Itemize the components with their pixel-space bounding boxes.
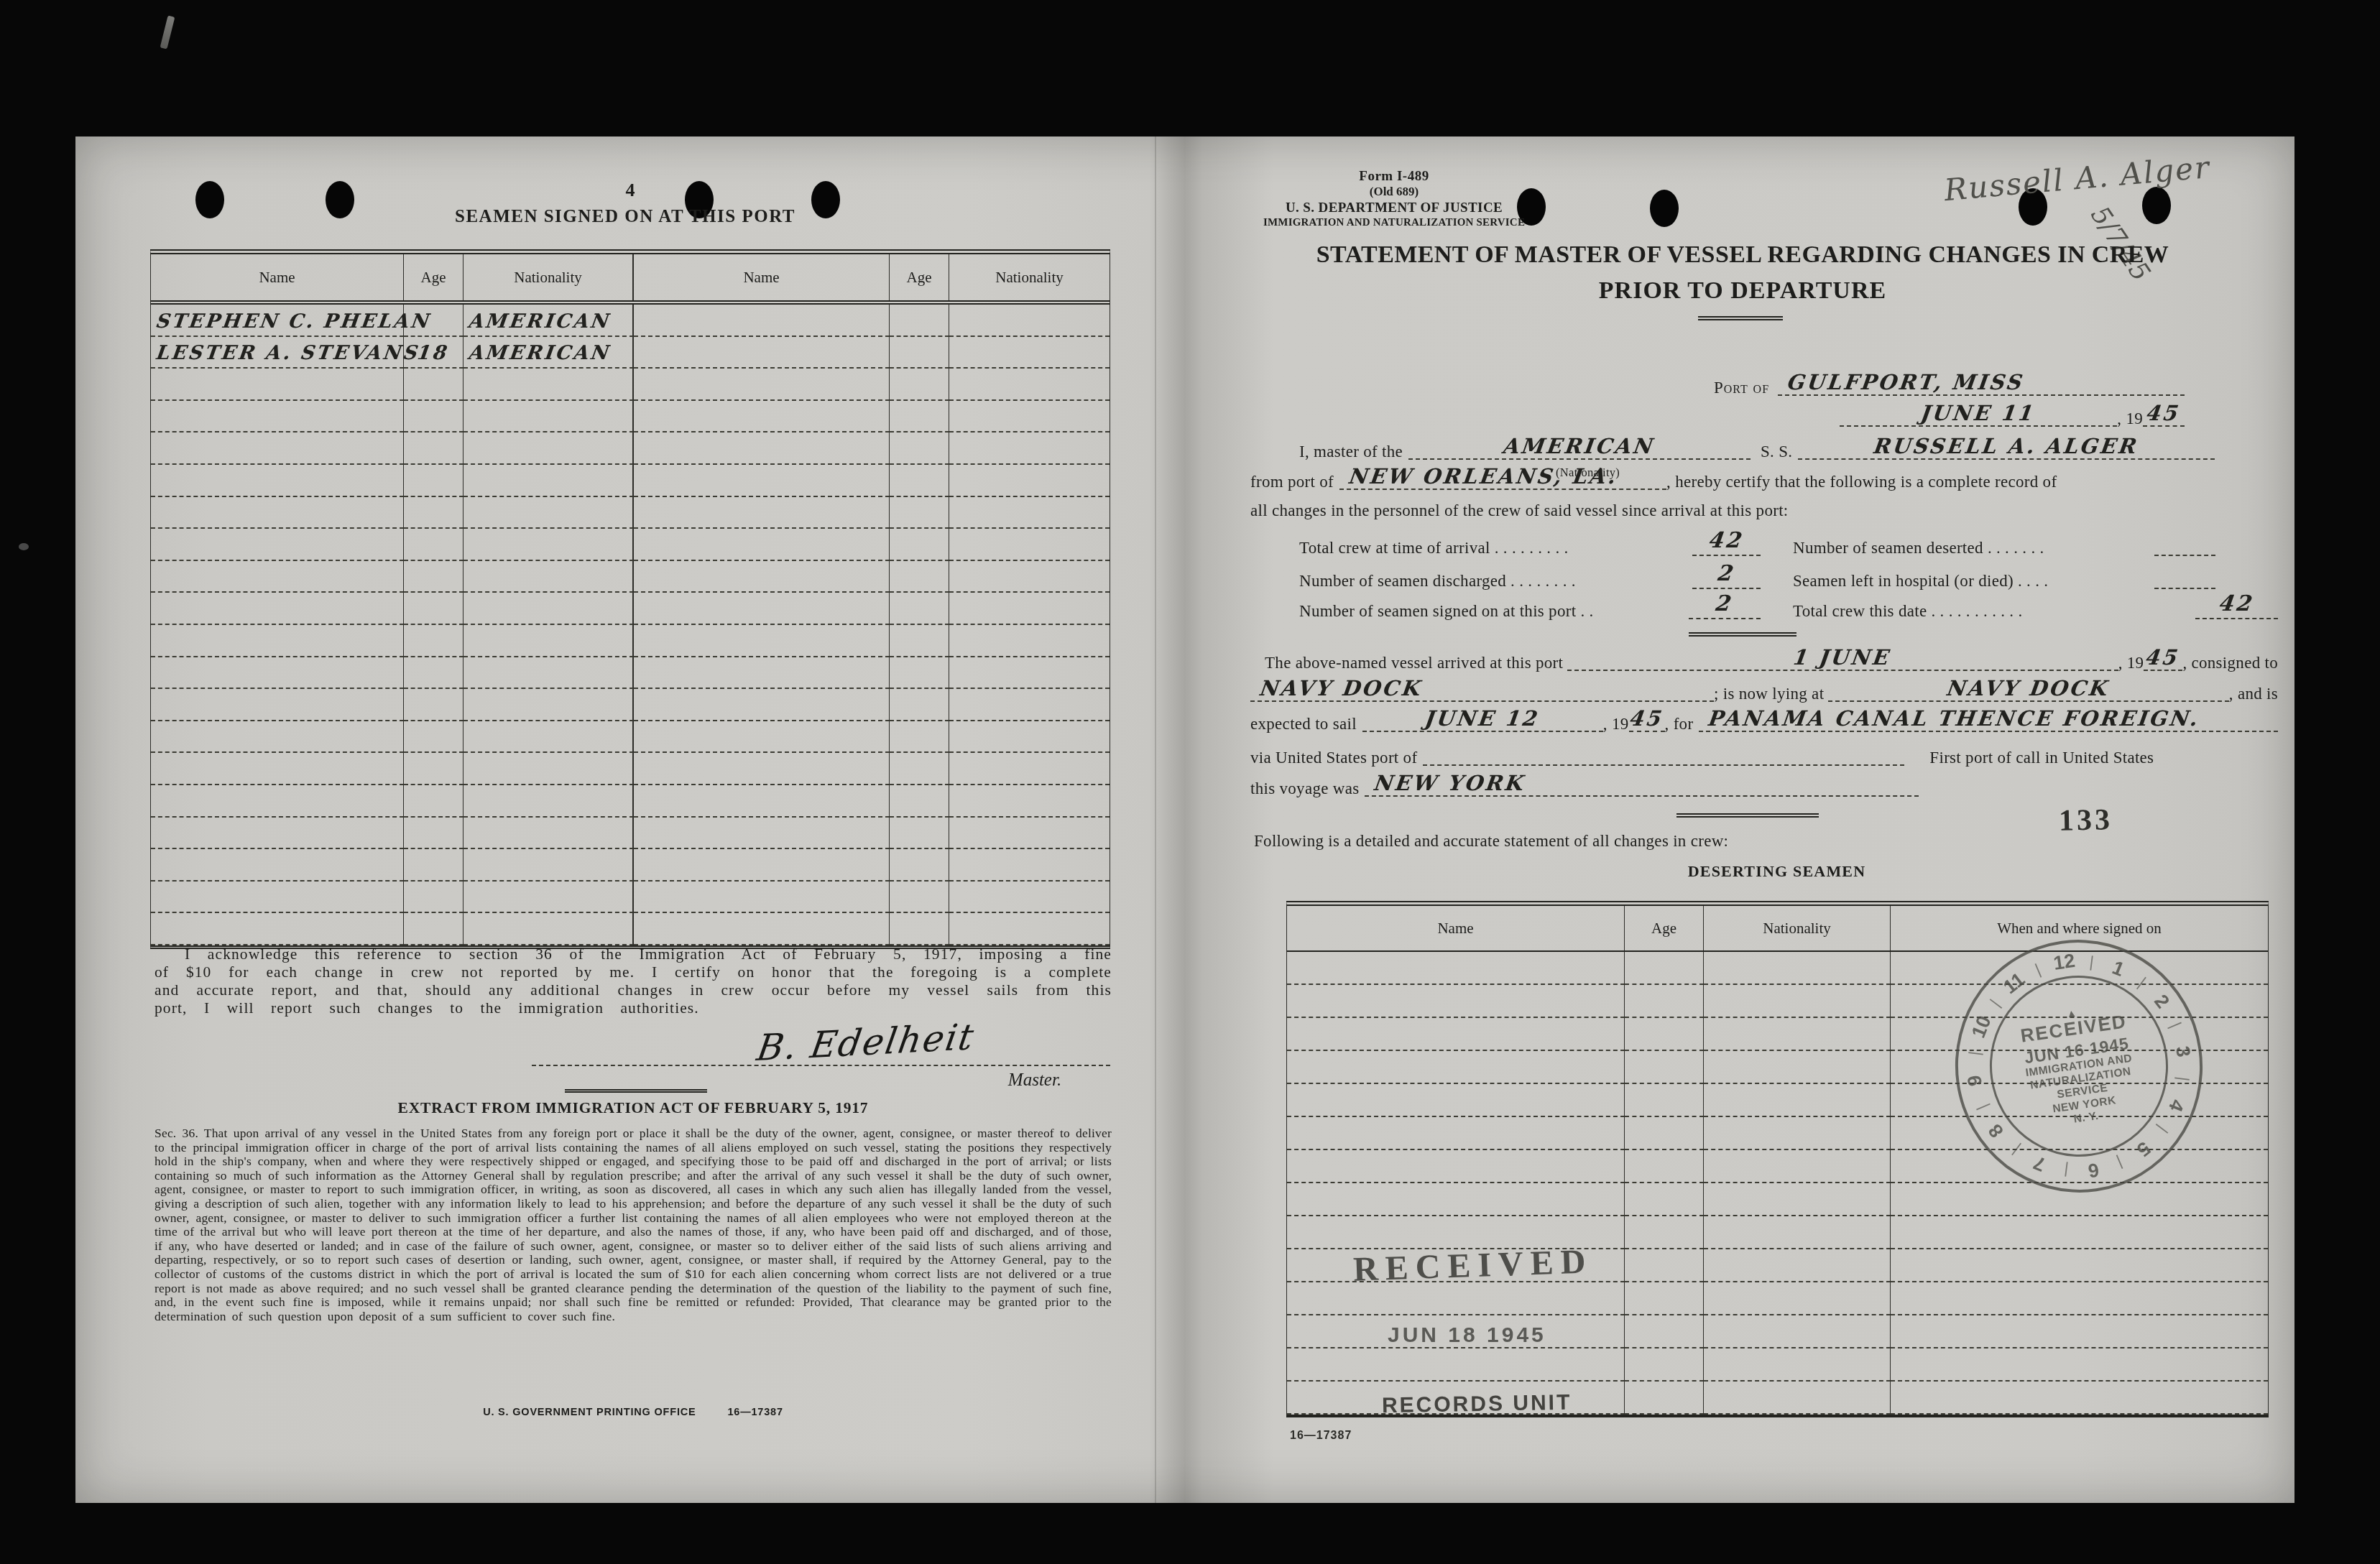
seamen-table-cell	[463, 913, 634, 945]
column-header-name: Name	[634, 254, 890, 300]
arrived-line: The above-named vessel arrived at this p…	[1265, 654, 2278, 671]
deserting-table-cell	[1625, 1051, 1704, 1084]
seamen-table-cell	[151, 849, 404, 882]
from-port-handwritten: NEW ORLEANS, LA.	[1348, 466, 1620, 487]
port-blank: GULFPORT, MISS	[1778, 390, 2185, 396]
seamen-table-cell	[890, 818, 949, 850]
date-blank: JUNE 11	[1840, 421, 2117, 427]
seamen-table-cell	[404, 593, 463, 625]
stat-signed-on-blank: 2	[1689, 614, 1761, 619]
lying-label: ; is now lying at	[1714, 685, 1824, 702]
seamen-table-cell	[404, 432, 463, 465]
deserting-table-cell	[1891, 1216, 2268, 1249]
deserting-table-cell	[1704, 952, 1891, 985]
records-unit-stamp: RECORDS UNIT	[1382, 1391, 1572, 1419]
seamen-table-cell	[151, 369, 404, 401]
stat-signed-on-label: Number of seamen signed on at this port …	[1299, 603, 1594, 619]
column-header-age: Age	[1625, 906, 1704, 950]
seamen-table-cell	[949, 657, 1110, 690]
seamen-table-cell	[634, 913, 890, 945]
deserting-table-cell	[1704, 1183, 1891, 1216]
seamen-table-cell	[634, 657, 890, 690]
seamen-table-cell	[463, 689, 634, 721]
seamen-table-cell	[890, 882, 949, 914]
seamen-table-cell	[890, 561, 949, 593]
seamen-table-cell	[949, 561, 1110, 593]
seamen-table-cell	[404, 689, 463, 721]
form-identification-block: Form I-489 (Old 689) U. S. DEPARTMENT OF…	[1254, 170, 1534, 228]
certify-text: , hereby certify that the following is a…	[1666, 473, 2057, 490]
deserting-table-cell	[1891, 1282, 2268, 1315]
seamen-table-row	[151, 369, 1110, 401]
arrived-year-prefix: , 19	[2118, 654, 2144, 671]
stat-discharged-value: 2	[1716, 561, 1737, 586]
seamen-table-cell	[949, 593, 1110, 625]
seamen-table-cell	[463, 849, 634, 882]
nationality-blank: AMERICAN	[1408, 454, 1751, 460]
nationality-handwritten: AMERICAN	[1503, 436, 1657, 457]
column-header-name: Name	[1287, 906, 1625, 950]
seamen-table-cell	[890, 689, 949, 721]
seamen-table-row	[151, 913, 1110, 945]
handwritten-entry: STEPHEN C. PHELAN	[155, 310, 433, 333]
seamen-table-cell	[463, 657, 634, 690]
deserting-table-cell	[1704, 1018, 1891, 1051]
via-label: via United States port of	[1250, 749, 1417, 766]
seamen-table-cell	[463, 721, 634, 754]
seamen-table-cell	[890, 497, 949, 529]
seamen-table-cell	[890, 753, 949, 785]
seamen-table-cell	[949, 432, 1110, 465]
seamen-table-cell	[404, 657, 463, 690]
seamen-table-row	[151, 882, 1110, 914]
seamen-table-cell	[404, 753, 463, 785]
deserting-table-cell	[1625, 1150, 1704, 1183]
deserting-table-cell	[1287, 1183, 1625, 1216]
seamen-table-cell	[463, 561, 634, 593]
stat-total-label: Total crew this date . . . . . . . . . .…	[1793, 603, 2023, 619]
seamen-table-cell	[634, 849, 890, 882]
date-line: JUNE 11 , 19 45	[1840, 410, 2185, 427]
sail-year-blank: 45	[1629, 726, 1665, 732]
seamen-table-cell	[151, 432, 404, 465]
column-header-age: Age	[404, 254, 463, 300]
service-name: IMMIGRATION AND NATURALIZATION SERVICE	[1254, 218, 1534, 228]
stat-total-blank: 42	[2195, 614, 2278, 619]
seamen-table-cell	[890, 657, 949, 690]
stat-deserted-blank	[2154, 550, 2215, 556]
seamen-table-cell	[634, 401, 890, 433]
column-header-nationality: Nationality	[463, 254, 634, 300]
seamen-table-cell	[949, 849, 1110, 882]
seamen-table-row	[151, 593, 1110, 625]
deserting-table-cell	[1287, 1348, 1625, 1382]
seamen-table-cell	[404, 561, 463, 593]
seamen-table-cell	[949, 753, 1110, 785]
deserting-table-cell	[1704, 1249, 1891, 1282]
seamen-table-cell	[949, 465, 1110, 497]
destination-blank: PANAMA CANAL THENCE FOREIGN.	[1699, 726, 2278, 732]
punch-hole	[2142, 187, 2171, 224]
seamen-table-cell	[151, 529, 404, 561]
deserting-table-cell	[1287, 1051, 1625, 1084]
deserting-table-cell	[1704, 985, 1891, 1018]
seamen-table-cell	[890, 849, 949, 882]
and-is-label: , and is	[2229, 685, 2278, 702]
deserting-table-cell	[1625, 1282, 1704, 1315]
seamen-table-cell	[949, 913, 1110, 945]
seamen-table-cell	[404, 465, 463, 497]
seamen-table-cell	[463, 882, 634, 914]
seamen-table-cell	[634, 529, 890, 561]
print-code: 16—17387	[727, 1407, 783, 1418]
seamen-table-cell	[634, 689, 890, 721]
seamen-table-cell	[404, 785, 463, 818]
deserting-table-cell	[1625, 1249, 1704, 1282]
seamen-table-row	[151, 497, 1110, 529]
voyage-line: this voyage was NEW YORK	[1250, 780, 1919, 797]
seamen-table-cell	[463, 818, 634, 850]
deserting-table-cell	[1704, 1150, 1891, 1183]
seamen-table-cell	[463, 497, 634, 529]
received-date-stamp: JUN 18 1945	[1388, 1323, 1546, 1348]
seamen-table-cell	[404, 882, 463, 914]
seamen-table-cell	[949, 305, 1110, 337]
page-fold-crease	[1155, 136, 1156, 1503]
from-port-line: from port of NEW ORLEANS, LA. , hereby c…	[1250, 473, 2278, 490]
seamen-table-cell	[404, 818, 463, 850]
seamen-table-cell	[151, 913, 404, 945]
deserting-table-cell	[1704, 1084, 1891, 1117]
seamen-table-cell	[404, 497, 463, 529]
deserting-table-cell	[1891, 1249, 2268, 1282]
seamen-table-cell	[949, 401, 1110, 433]
consignee-blank: NAVY DOCK	[1250, 696, 1714, 702]
master-signature: B. Edelheit	[691, 1012, 1042, 1073]
seamen-table-cell	[404, 625, 463, 657]
arrived-year-handwritten: 45	[2145, 647, 2182, 668]
seamen-table-cell	[890, 529, 949, 561]
via-port-blank	[1423, 760, 1904, 766]
sail-date-handwritten: JUNE 12	[1424, 708, 1542, 729]
stat-deserted-label: Number of seamen deserted . . . . . . .	[1793, 540, 2044, 556]
seamen-table-cell: LESTER A. STEVANS	[151, 337, 404, 369]
title-underline	[1698, 316, 1783, 320]
seamen-table-cell	[404, 401, 463, 433]
seamen-table-cell	[890, 369, 949, 401]
seamen-table-cell	[463, 465, 634, 497]
seamen-table-cell	[949, 785, 1110, 818]
year-blank: 45	[2143, 421, 2185, 427]
arrived-date-handwritten: 1 JUNE	[1792, 647, 1893, 668]
seamen-table-row	[151, 849, 1110, 882]
seamen-table-cell	[151, 561, 404, 593]
seamen-signed-table: Name Age Nationality Name Age Nationalit…	[150, 249, 1110, 949]
department-name: U. S. DEPARTMENT OF JUSTICE	[1254, 201, 1534, 215]
seamen-table-cell	[151, 465, 404, 497]
following-statement: Following is a detailed and accurate sta…	[1254, 832, 1728, 851]
deserting-table-cell	[1625, 952, 1704, 985]
seamen-table-cell	[404, 721, 463, 754]
seamen-table-cell	[634, 561, 890, 593]
year-value-handwritten: 45	[2146, 403, 2182, 424]
seamen-table-cell	[151, 721, 404, 754]
sail-date-blank: JUNE 12	[1362, 726, 1603, 732]
seamen-table-cell	[634, 753, 890, 785]
changes-line: all changes in the personnel of the crew…	[1250, 502, 1789, 519]
consignee-handwritten: NAVY DOCK	[1259, 678, 1424, 699]
seamen-table-cell	[404, 913, 463, 945]
deserting-table-row	[1287, 1216, 2268, 1249]
pencil-annotation-name: Russell A. Alger	[1943, 149, 2212, 208]
seamen-table-cell	[634, 369, 890, 401]
seamen-table-cell: STEPHEN C. PHELAN	[151, 305, 404, 337]
changes-text: all changes in the personnel of the crew…	[1250, 502, 1789, 519]
seamen-table-cell	[890, 721, 949, 754]
ss-label: S. S.	[1761, 443, 1792, 460]
seamen-table-cell	[151, 497, 404, 529]
seamen-table-cell	[151, 657, 404, 690]
punch-hole	[195, 181, 224, 218]
via-line: via United States port of First port of …	[1250, 749, 2278, 766]
seamen-table-row	[151, 432, 1110, 465]
seamen-table-cell	[634, 818, 890, 850]
master-label: Master.	[959, 1070, 1110, 1091]
deserting-table-cell	[1625, 1117, 1704, 1150]
page-number: 4	[609, 180, 652, 201]
year-prefix: , 19	[2117, 410, 2143, 427]
document-spread: 4 SEAMEN SIGNED ON AT THIS PORT Name Age…	[75, 136, 2294, 1503]
seamen-table-row	[151, 689, 1110, 721]
seamen-table-cell	[634, 497, 890, 529]
arrived-date-blank: 1 JUNE	[1567, 665, 2118, 671]
column-header-age: Age	[890, 254, 949, 300]
punch-hole	[1650, 190, 1679, 227]
seamen-table-row	[151, 529, 1110, 561]
seamen-table-row: LESTER A. STEVANS18AMERICAN	[151, 337, 1110, 369]
seamen-table-row	[151, 785, 1110, 818]
seamen-table-cell	[890, 785, 949, 818]
deserting-table-cell	[1287, 985, 1625, 1018]
port-value-handwritten: GULFPORT, MISS	[1786, 372, 2026, 393]
seamen-table-cell	[634, 785, 890, 818]
deserting-table-cell	[1704, 1216, 1891, 1249]
deserting-table-cell	[1891, 1315, 2268, 1348]
seamen-table-cell	[634, 305, 890, 337]
seamen-table-cell	[634, 625, 890, 657]
seamen-table-row	[151, 625, 1110, 657]
seamen-table-cell	[463, 369, 634, 401]
seamen-table-row	[151, 753, 1110, 785]
divider-rule	[565, 1089, 707, 1093]
seamen-table-row	[151, 657, 1110, 690]
deserting-table-cell	[1287, 1084, 1625, 1117]
master-intro-label: I, master of the	[1299, 443, 1403, 460]
seamen-table-cell	[404, 305, 463, 337]
seamen-table-cell	[949, 689, 1110, 721]
deserting-table-cell	[1891, 1382, 2268, 1415]
consignee-line: NAVY DOCK ; is now lying at NAVY DOCK , …	[1250, 685, 2278, 702]
seamen-table-cell	[634, 465, 890, 497]
stat-hospital-label: Seamen left in hospital (or died) . . . …	[1793, 573, 2048, 589]
seamen-table-cell	[151, 882, 404, 914]
handwritten-entry: LESTER A. STEVANS	[155, 342, 422, 364]
stat-arrival-blank: 42	[1692, 550, 1761, 556]
punch-hole	[326, 181, 354, 218]
seamen-table-cell	[463, 753, 634, 785]
seamen-table-cell	[949, 818, 1110, 850]
seamen-table-cell	[890, 401, 949, 433]
seamen-table-cell	[404, 369, 463, 401]
seamen-table-cell: 18	[404, 337, 463, 369]
handwritten-entry: 18	[416, 342, 451, 364]
consigned-label: , consigned to	[2182, 654, 2278, 671]
seamen-table-row	[151, 561, 1110, 593]
deserting-table-cell	[1625, 1183, 1704, 1216]
seamen-table-cell	[890, 913, 949, 945]
seamen-table-cell	[949, 721, 1110, 754]
form-print-code: 16—17387	[1290, 1430, 1352, 1443]
voyage-label: this voyage was	[1250, 780, 1359, 797]
arrived-intro: The above-named vessel arrived at this p…	[1265, 654, 1563, 671]
seamen-table-cell	[949, 529, 1110, 561]
column-header-name: Name	[151, 254, 404, 300]
seamen-table-cell	[151, 818, 404, 850]
deserting-table-cell	[1287, 1282, 1625, 1315]
vessel-name-blank: RUSSELL A. ALGER	[1798, 454, 2215, 460]
seamen-table-cell: AMERICAN	[463, 337, 634, 369]
deserting-table-cell	[1891, 1348, 2268, 1382]
deserting-table-cell	[1287, 1018, 1625, 1051]
stat-hospital-blank	[2154, 583, 2215, 589]
lying-at-blank: NAVY DOCK	[1828, 696, 2228, 702]
ins-round-stamp: ▲ RECEIVED JUN 16 1945 IMMIGRATION AND N…	[1939, 924, 2219, 1208]
seamen-table-cell	[634, 337, 890, 369]
seamen-table-cell	[463, 625, 634, 657]
arrived-year-blank: 45	[2144, 665, 2182, 671]
seamen-table-row	[151, 401, 1110, 433]
vessel-name-handwritten: RUSSELL A. ALGER	[1873, 436, 2141, 457]
deserting-table-cell	[1704, 1117, 1891, 1150]
received-stamp: RECEIVED	[1352, 1241, 1593, 1290]
seamen-table-cell	[890, 305, 949, 337]
extract-heading: EXTRACT FROM IMMIGRATION ACT OF FEBRUARY…	[154, 1099, 1112, 1117]
deserting-table-row	[1287, 1348, 2268, 1382]
deserting-table-cell	[1625, 1216, 1704, 1249]
seamen-table-row	[151, 465, 1110, 497]
acknowledgment-paragraph: I acknowledge this reference to section …	[154, 945, 1112, 1017]
form-title-line2: PRIOR TO DEPARTURE	[1196, 277, 2289, 305]
sail-label: expected to sail	[1250, 716, 1357, 732]
seamen-signed-heading: SEAMEN SIGNED ON AT THIS PORT	[363, 207, 887, 227]
seamen-table-cell	[949, 882, 1110, 914]
seamen-table-cell	[151, 625, 404, 657]
seamen-table-cell	[634, 721, 890, 754]
column-header-nationality: Nationality	[1704, 906, 1891, 950]
printing-office-label: U. S. GOVERNMENT PRINTING OFFICE	[483, 1407, 696, 1418]
from-port-label: from port of	[1250, 473, 1334, 490]
for-label: , for	[1665, 716, 1694, 732]
seamen-table-cell	[463, 593, 634, 625]
deserting-table-cell	[1287, 952, 1625, 985]
deserting-table-cell	[1625, 985, 1704, 1018]
old-form-number: (Old 689)	[1254, 185, 1534, 198]
stat-total-value: 42	[2218, 591, 2256, 616]
stat-arrival-value: 42	[1707, 528, 1745, 553]
seamen-table-cell	[463, 401, 634, 433]
sail-line: expected to sail JUNE 12 , 19 45 , for P…	[1250, 716, 2278, 732]
port-label: Port of	[1714, 379, 1769, 396]
deserting-table-cell	[1625, 1084, 1704, 1117]
seamen-table-cell	[890, 337, 949, 369]
form-title-line1: STATEMENT OF MASTER OF VESSEL REGARDING …	[1196, 241, 2289, 269]
handwritten-entry: AMERICAN	[468, 310, 614, 333]
seamen-table-header: Name Age Nationality Name Age Nationalit…	[151, 254, 1110, 305]
stamp-clock-number: 12	[2052, 950, 2077, 975]
section-36-text: Sec. 36. That upon arrival of any vessel…	[154, 1126, 1112, 1323]
deserting-table-row	[1287, 1282, 2268, 1315]
deserting-table-cell	[1704, 1315, 1891, 1348]
deserting-table-cell	[1287, 1150, 1625, 1183]
seamen-table-cell	[463, 785, 634, 818]
column-header-nationality: Nationality	[949, 254, 1110, 300]
date-value-handwritten: JUNE 11	[1919, 403, 2037, 424]
sail-year-handwritten: 45	[1628, 708, 1665, 729]
scan-dust-speck	[19, 543, 29, 550]
seamen-table-cell	[634, 882, 890, 914]
seamen-table-cell	[404, 529, 463, 561]
voyage-divider-rule	[1676, 813, 1819, 818]
destination-handwritten: PANAMA CANAL THENCE FOREIGN.	[1707, 708, 2202, 729]
deserting-seamen-heading: DESERTING SEAMEN	[1286, 862, 2267, 881]
printing-office-footer: U. S. GOVERNMENT PRINTING OFFICE16—17387	[154, 1407, 1112, 1418]
deserting-table-cell	[1625, 1382, 1704, 1415]
port-of-line: Port of GULFPORT, MISS	[1714, 379, 2185, 396]
seamen-table-cell	[634, 432, 890, 465]
deserting-table-cell	[1625, 1315, 1704, 1348]
seamen-table-cell	[890, 465, 949, 497]
stat-discharged-blank: 2	[1692, 583, 1761, 589]
first-port-handwritten: NEW YORK	[1373, 773, 1528, 794]
seamen-table-cell	[404, 849, 463, 882]
seamen-table-cell	[949, 625, 1110, 657]
seamen-table-cell	[151, 785, 404, 818]
deserting-table-cell	[1704, 1382, 1891, 1415]
seamen-table-cell: AMERICAN	[463, 305, 634, 337]
stat-arrival-label: Total crew at time of arrival . . . . . …	[1299, 540, 1569, 556]
seamen-table-cell	[151, 593, 404, 625]
signature-line	[532, 1065, 1110, 1066]
deserting-table-cell	[1704, 1051, 1891, 1084]
seamen-table-row: STEPHEN C. PHELANAMERICAN	[151, 305, 1110, 337]
page-number-stamp: 133	[2059, 802, 2113, 838]
seamen-table-cell	[151, 753, 404, 785]
stats-divider-rule	[1689, 632, 1796, 637]
deserting-table-cell	[1287, 1117, 1625, 1150]
deserting-table-cell	[1625, 1018, 1704, 1051]
seamen-table-row	[151, 721, 1110, 754]
seamen-table-cell	[949, 337, 1110, 369]
first-port-label: First port of call in United States	[1929, 749, 2154, 766]
seamen-table-cell	[634, 593, 890, 625]
master-line: I, master of the AMERICAN S. S. RUSSELL …	[1299, 443, 2215, 460]
deserting-table-cell	[1704, 1282, 1891, 1315]
seamen-table-cell	[890, 625, 949, 657]
deserting-table-row	[1287, 1183, 2268, 1216]
seamen-table-cell	[890, 432, 949, 465]
seamen-table-cell	[890, 593, 949, 625]
seamen-table-row	[151, 818, 1110, 850]
